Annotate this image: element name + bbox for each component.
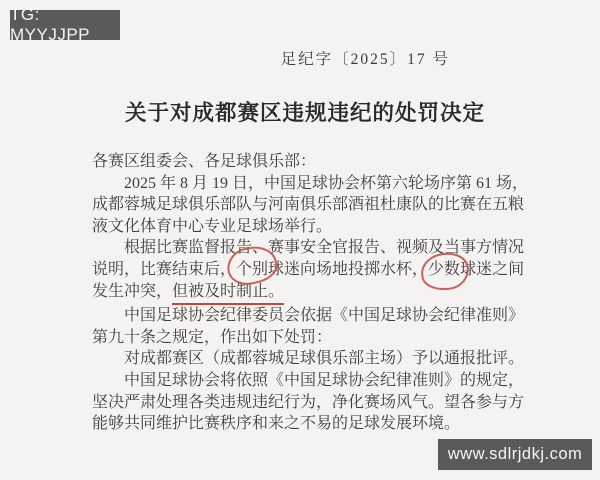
body-line: 第九十条之规定，作出如下处罚：: [92, 327, 537, 349]
body-line: 中国足球协会纪律委员会依据《中国足球协会纪律准则》: [92, 305, 537, 327]
document-number: 足纪字〔2025〕17 号: [281, 47, 450, 69]
body-text: 2025 年 8 月 19 日，中国足球协会杯第六轮场序第 61 场，: [124, 175, 528, 192]
body-text: 对成都赛区（成都蓉城足球俱乐部主场）予以通报批评。: [124, 350, 524, 367]
red-circle-annotation: 少数: [428, 259, 460, 281]
body-text: 个别: [236, 261, 268, 278]
body-text: 中国足球协会纪律委员会依据《中国足球协会纪律准则》: [124, 307, 524, 324]
body-line: 能够共同维护比赛秩序和来之不易的足球发展环境。: [92, 413, 537, 435]
telegram-watermark-badge: TG: MYYJJPP: [10, 10, 120, 40]
body-text: 各赛区组委会、各足球俱乐部：: [92, 153, 316, 170]
body-text: 少数: [428, 261, 460, 278]
body-text: 液文化体育中心专业足球场举行。: [92, 218, 332, 235]
body-line: 成都蓉城足球俱乐部队与河南俱乐部酒祖杜康队的比赛在五粮: [92, 194, 537, 216]
document-page: TG: MYYJJPP 足纪字〔2025〕17 号 关于对成都赛区违规违纪的处罚…: [0, 0, 600, 480]
body-line: 对成都赛区（成都蓉城足球俱乐部主场）予以通报批评。: [92, 348, 537, 370]
website-watermark-badge: www.sdlrjdkj.com: [438, 439, 592, 470]
red-underline-annotation: 但被及时制止。: [172, 281, 284, 306]
body-line: 根据比赛监督报告、赛事安全官报告、视频及当事方情况: [92, 237, 537, 259]
body-text: 说明，比赛结束后，: [92, 261, 236, 278]
body-line: 2025 年 8 月 19 日，中国足球协会杯第六轮场序第 61 场，: [92, 173, 537, 195]
body-text: 成都蓉城足球俱乐部队与河南俱乐部酒祖杜康队的比赛在五粮: [92, 196, 524, 213]
body-text: 发生冲突，: [92, 283, 172, 300]
body-line-salutation: 各赛区组委会、各足球俱乐部：: [92, 151, 537, 173]
body-text: 球迷之间: [460, 261, 524, 278]
body-line-annotated: 发生冲突，但被及时制止。: [92, 281, 537, 306]
body-text: 球迷向场地投掷水杯，: [268, 261, 428, 278]
body-line: 液文化体育中心专业足球场举行。: [92, 216, 537, 238]
body-text: 能够共同维护比赛秩序和来之不易的足球发展环境。: [92, 415, 460, 432]
body-text: 第九十条之规定，作出如下处罚：: [92, 329, 332, 346]
body-text: 根据比赛监督报告、赛事安全官报告、视频及当事方情况: [124, 239, 524, 256]
body-text: 中国足球协会将依照《中国足球协会纪律准则》的规定，: [124, 372, 524, 389]
body-line: 坚决严肃处理各类违规违纪行为，净化赛场风气。望各参与方: [92, 392, 537, 414]
body-line-annotated: 说明，比赛结束后，个别球迷向场地投掷水杯，少数球迷之间: [92, 259, 537, 281]
document-body: 各赛区组委会、各足球俱乐部： 2025 年 8 月 19 日，中国足球协会杯第六…: [92, 151, 537, 435]
red-circle-annotation: 个别: [236, 259, 268, 281]
document-title: 关于对成都赛区违规违纪的处罚决定: [70, 96, 540, 127]
body-line: 中国足球协会将依照《中国足球协会纪律准则》的规定，: [92, 370, 537, 392]
body-text: 坚决严肃处理各类违规违纪行为，净化赛场风气。望各参与方: [92, 394, 524, 411]
